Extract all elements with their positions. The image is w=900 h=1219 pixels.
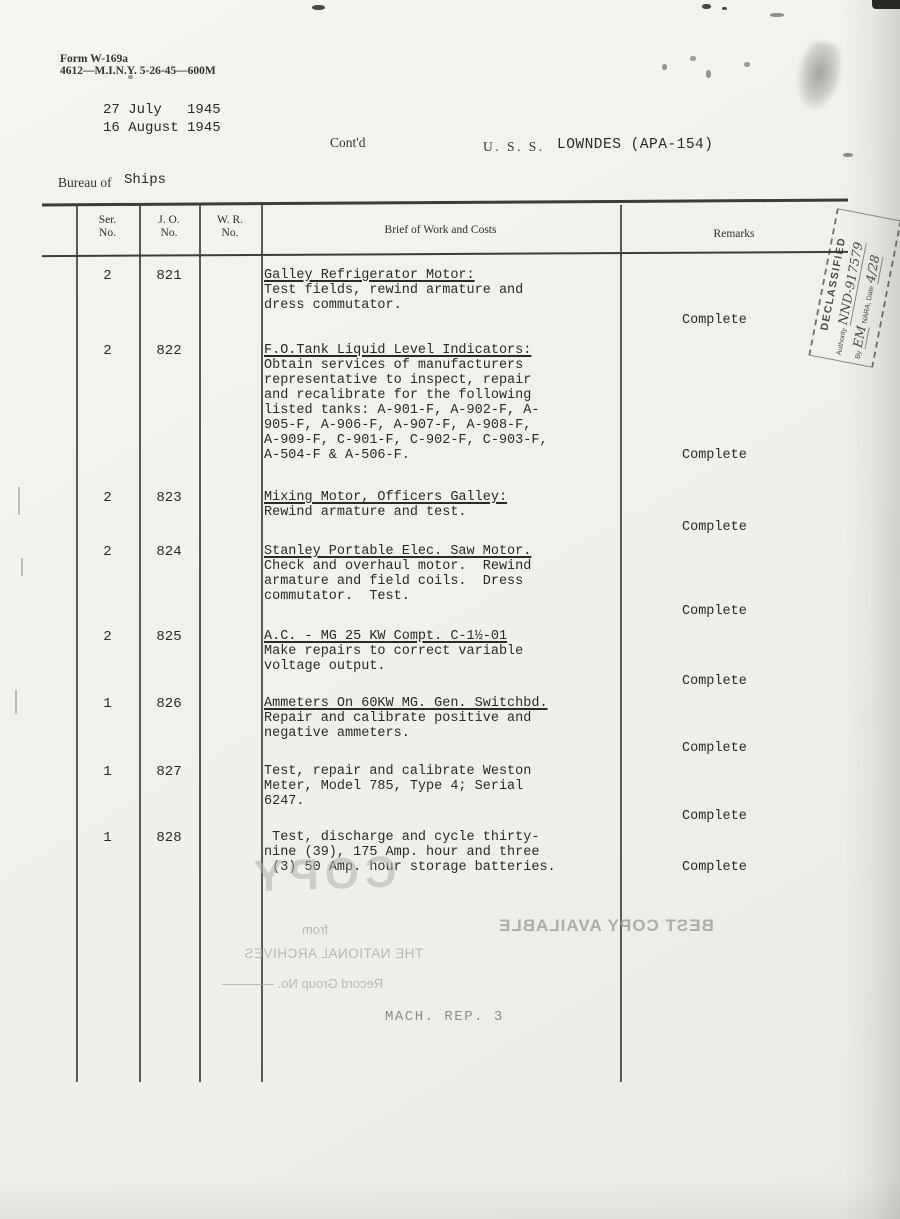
table-top-rule xyxy=(42,199,848,206)
scanned-document-page: Form W-169a 4612—M.I.N.Y. 5-26-45—600M 2… xyxy=(0,0,900,1219)
scan-speck xyxy=(744,62,750,67)
scan-corner-mark xyxy=(872,0,900,9)
table-row: 2 823 Mixing Motor, Officers Galley: Rew… xyxy=(76,490,848,535)
table-row: 2 825 A.C. - MG 25 KW Compt. C-1½-01 Mak… xyxy=(76,629,848,689)
jo-no: 827 xyxy=(139,764,199,824)
work-title: Stanley Portable Elec. Saw Motor. xyxy=(264,544,531,559)
col-header-wr-no: W. R. No. xyxy=(199,214,261,240)
form-number-line2: 4612—M.I.N.Y. 5-26-45—600M xyxy=(60,65,216,77)
wr-no xyxy=(199,696,261,756)
wr-no xyxy=(199,268,261,328)
date-line2: 16 August 1945 xyxy=(103,120,221,136)
typed-dates: 27 July 1945 16 August 1945 xyxy=(103,101,221,137)
work-title: Galley Refrigerator Motor: xyxy=(264,268,475,283)
col-header-jo-no: J. O. No. xyxy=(139,214,199,240)
scan-streak xyxy=(15,690,17,714)
bleedthrough-archives-text: THE NATIONAL ARCHIVES xyxy=(244,946,423,961)
page-id-footer: MACH. REP. 3 xyxy=(385,1009,504,1025)
bureau-value: Ships xyxy=(124,172,166,188)
by-initials: EM xyxy=(850,324,870,349)
bleedthrough-copy-text: COPY xyxy=(247,847,397,902)
remarks: Complete xyxy=(620,860,848,875)
stamp-date: 4/28 xyxy=(862,253,883,284)
table-row: 1 828 Test, discharge and cycle thirty- … xyxy=(76,830,848,875)
work-brief: Stanley Portable Elec. Saw Motor. Check … xyxy=(261,544,620,619)
ser-no: 2 xyxy=(76,343,139,463)
scan-streak xyxy=(21,558,23,576)
work-body: Test fields, rewind armature and dress c… xyxy=(264,283,620,313)
work-body: Obtain services of manufacturers represe… xyxy=(264,358,620,463)
work-title: Mixing Motor, Officers Galley: xyxy=(264,490,507,505)
bleedthrough-best-copy-text: BEST COPY AVAILABLE xyxy=(498,916,714,936)
jo-no: 823 xyxy=(139,490,199,535)
wr-no xyxy=(199,764,261,824)
ser-no: 2 xyxy=(76,490,139,535)
table-row: 2 824 Stanley Portable Elec. Saw Motor. … xyxy=(76,544,848,619)
scan-speck xyxy=(312,5,325,10)
work-brief: F.O.Tank Liquid Level Indicators: Obtain… xyxy=(261,343,620,463)
work-body: Rewind armature and test. xyxy=(264,505,620,520)
work-body: Check and overhaul motor. Rewind armatur… xyxy=(264,559,620,604)
ser-no: 2 xyxy=(76,544,139,619)
work-brief: A.C. - MG 25 KW Compt. C-1½-01 Make repa… xyxy=(261,629,620,689)
authority-label: Authority xyxy=(836,327,848,355)
col-header-brief: Brief of Work and Costs xyxy=(261,224,620,237)
scan-speck xyxy=(662,64,667,70)
wr-no xyxy=(199,544,261,619)
work-brief: Test, repair and calibrate Weston Meter,… xyxy=(261,764,620,824)
work-brief: Galley Refrigerator Motor: Test fields, … xyxy=(261,268,620,328)
scan-smudge xyxy=(791,38,846,113)
scan-speck xyxy=(722,7,727,10)
ser-no: 1 xyxy=(76,764,139,824)
page-bottom-shadow xyxy=(0,1179,900,1219)
table-header-rule xyxy=(42,251,848,257)
jo-no: 822 xyxy=(139,343,199,463)
scan-speck xyxy=(690,56,696,61)
table-row: 1 826 Ammeters On 60KW MG. Gen. Switchbd… xyxy=(76,696,848,756)
wr-no xyxy=(199,629,261,689)
bureau-label: Bureau of xyxy=(58,175,112,191)
remarks: Complete xyxy=(620,448,848,463)
jo-no: 828 xyxy=(139,830,199,875)
page-edge-shadow xyxy=(842,0,900,1219)
ser-no: 1 xyxy=(76,696,139,756)
scan-speck xyxy=(843,153,853,157)
ser-no: 2 xyxy=(76,268,139,328)
wr-no xyxy=(199,343,261,463)
remarks: Complete xyxy=(620,674,848,689)
work-title: F.O.Tank Liquid Level Indicators: xyxy=(264,343,531,358)
work-items-list: 2 821 Galley Refrigerator Motor: Test fi… xyxy=(76,268,848,875)
jo-no: 821 xyxy=(139,268,199,328)
scan-streak xyxy=(18,487,20,515)
remarks: Complete xyxy=(620,520,848,535)
contd-label: Cont'd xyxy=(330,135,365,151)
by-label: By xyxy=(855,350,863,359)
table-row: 2 821 Galley Refrigerator Motor: Test fi… xyxy=(76,268,848,328)
table-row: 1 827 Test, repair and calibrate Weston … xyxy=(76,764,848,824)
work-brief: Ammeters On 60KW MG. Gen. Switchbd. Repa… xyxy=(261,696,620,756)
scan-speck xyxy=(702,4,711,9)
scan-speck xyxy=(706,70,711,78)
col-header-remarks: Remarks xyxy=(620,228,848,241)
remarks: Complete xyxy=(620,741,848,756)
col-header-ser-no: Ser. No. xyxy=(76,214,139,240)
work-body: Test, repair and calibrate Weston Meter,… xyxy=(264,764,620,809)
uss-label: U. S. S. xyxy=(483,139,545,155)
work-body: Make repairs to correct variable voltage… xyxy=(264,644,620,674)
work-title: Ammeters On 60KW MG. Gen. Switchbd. xyxy=(264,696,548,711)
wr-no xyxy=(199,490,261,535)
work-brief: Mixing Motor, Officers Galley: Rewind ar… xyxy=(261,490,620,535)
scan-speck xyxy=(770,13,784,17)
nara-date-label: NARA, Date xyxy=(861,285,875,324)
ser-no: 1 xyxy=(76,830,139,875)
bleedthrough-record-group-text: Record Group No. ———— xyxy=(222,976,383,991)
work-title: A.C. - MG 25 KW Compt. C-1½-01 xyxy=(264,629,507,644)
remarks: Complete xyxy=(620,604,848,619)
form-number: Form W-169a 4612—M.I.N.Y. 5-26-45—600M xyxy=(60,53,216,77)
form-number-line1: Form W-169a xyxy=(60,53,216,65)
jo-no: 825 xyxy=(139,629,199,689)
table-row: 2 822 F.O.Tank Liquid Level Indicators: … xyxy=(76,343,848,463)
work-body: Repair and calibrate positive and negati… xyxy=(264,711,620,741)
jo-no: 826 xyxy=(139,696,199,756)
jo-no: 824 xyxy=(139,544,199,619)
ser-no: 2 xyxy=(76,629,139,689)
bleedthrough-from-text: from xyxy=(302,922,328,937)
remarks: Complete xyxy=(620,809,848,824)
ship-name: LOWNDES (APA-154) xyxy=(557,137,713,153)
date-line1: 27 July 1945 xyxy=(103,102,221,118)
